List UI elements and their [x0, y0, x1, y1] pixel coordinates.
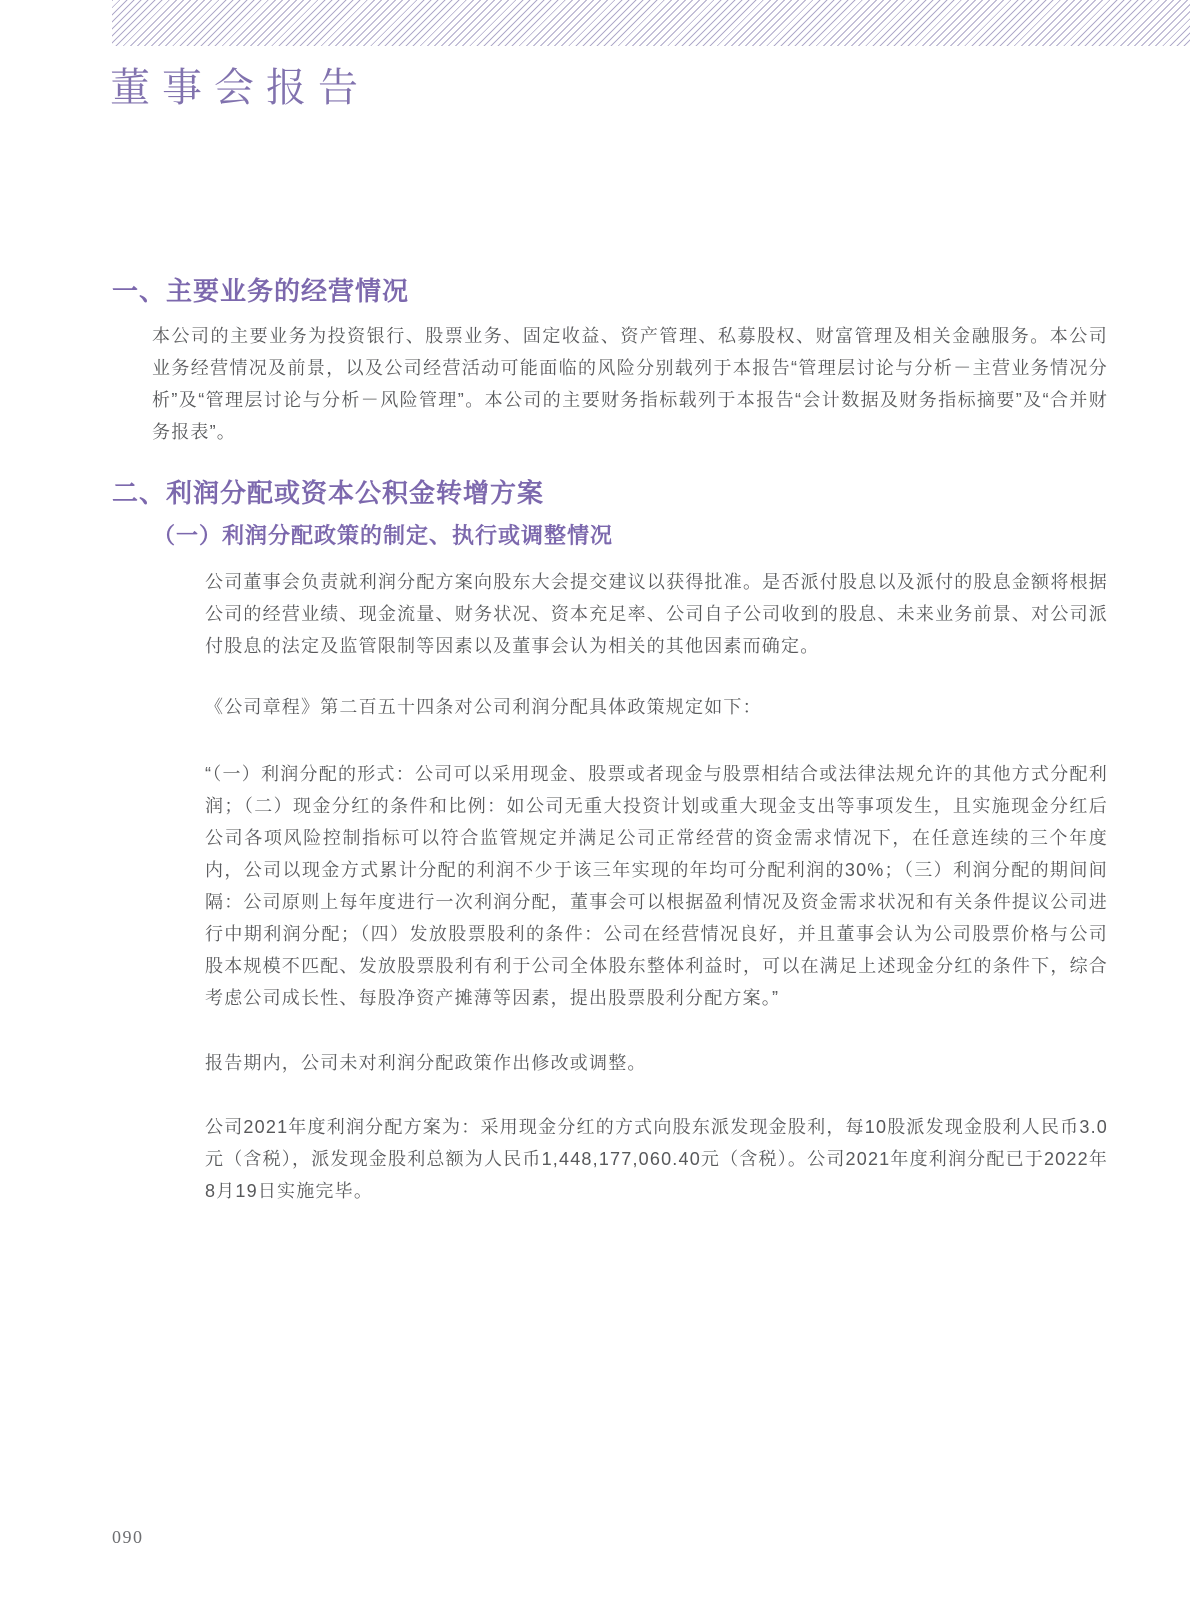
- articles-of-association-paragraph: 《公司章程》第二百五十四条对公司利润分配具体政策规定如下：: [205, 691, 1108, 723]
- page-number: 090: [112, 1527, 144, 1548]
- section-heading-profit-distribution: 二、利润分配或资本公积金转增方案: [112, 473, 544, 510]
- dividend-plan-paragraph: 公司2021年度利润分配方案为：采用现金分红的方式向股东派发现金股利，每10股派…: [205, 1111, 1108, 1207]
- dividend-policy-paragraph: 公司董事会负责就利润分配方案向股东大会提交建议以获得批准。是否派付股息以及派付的…: [205, 566, 1108, 662]
- no-policy-change-paragraph: 报告期内，公司未对利润分配政策作出修改或调整。: [205, 1047, 1108, 1079]
- report-page: 董事会报告 一、主要业务的经营情况 本公司的主要业务为投资银行、股票业务、固定收…: [0, 0, 1190, 1615]
- section-heading-main-business: 一、主要业务的经营情况: [112, 271, 409, 308]
- diagonal-hatch-banner: [112, 0, 1190, 46]
- page-title: 董事会报告: [110, 56, 370, 113]
- subsection-heading-dividend-policy: （一）利润分配政策的制定、执行或调整情况: [153, 519, 613, 550]
- policy-quotation-paragraph: “（一）利润分配的形式：公司可以采用现金、股票或者现金与股票相结合或法律法规允许…: [205, 758, 1108, 1014]
- main-business-paragraph: 本公司的主要业务为投资银行、股票业务、固定收益、资产管理、私募股权、财富管理及相…: [152, 320, 1108, 448]
